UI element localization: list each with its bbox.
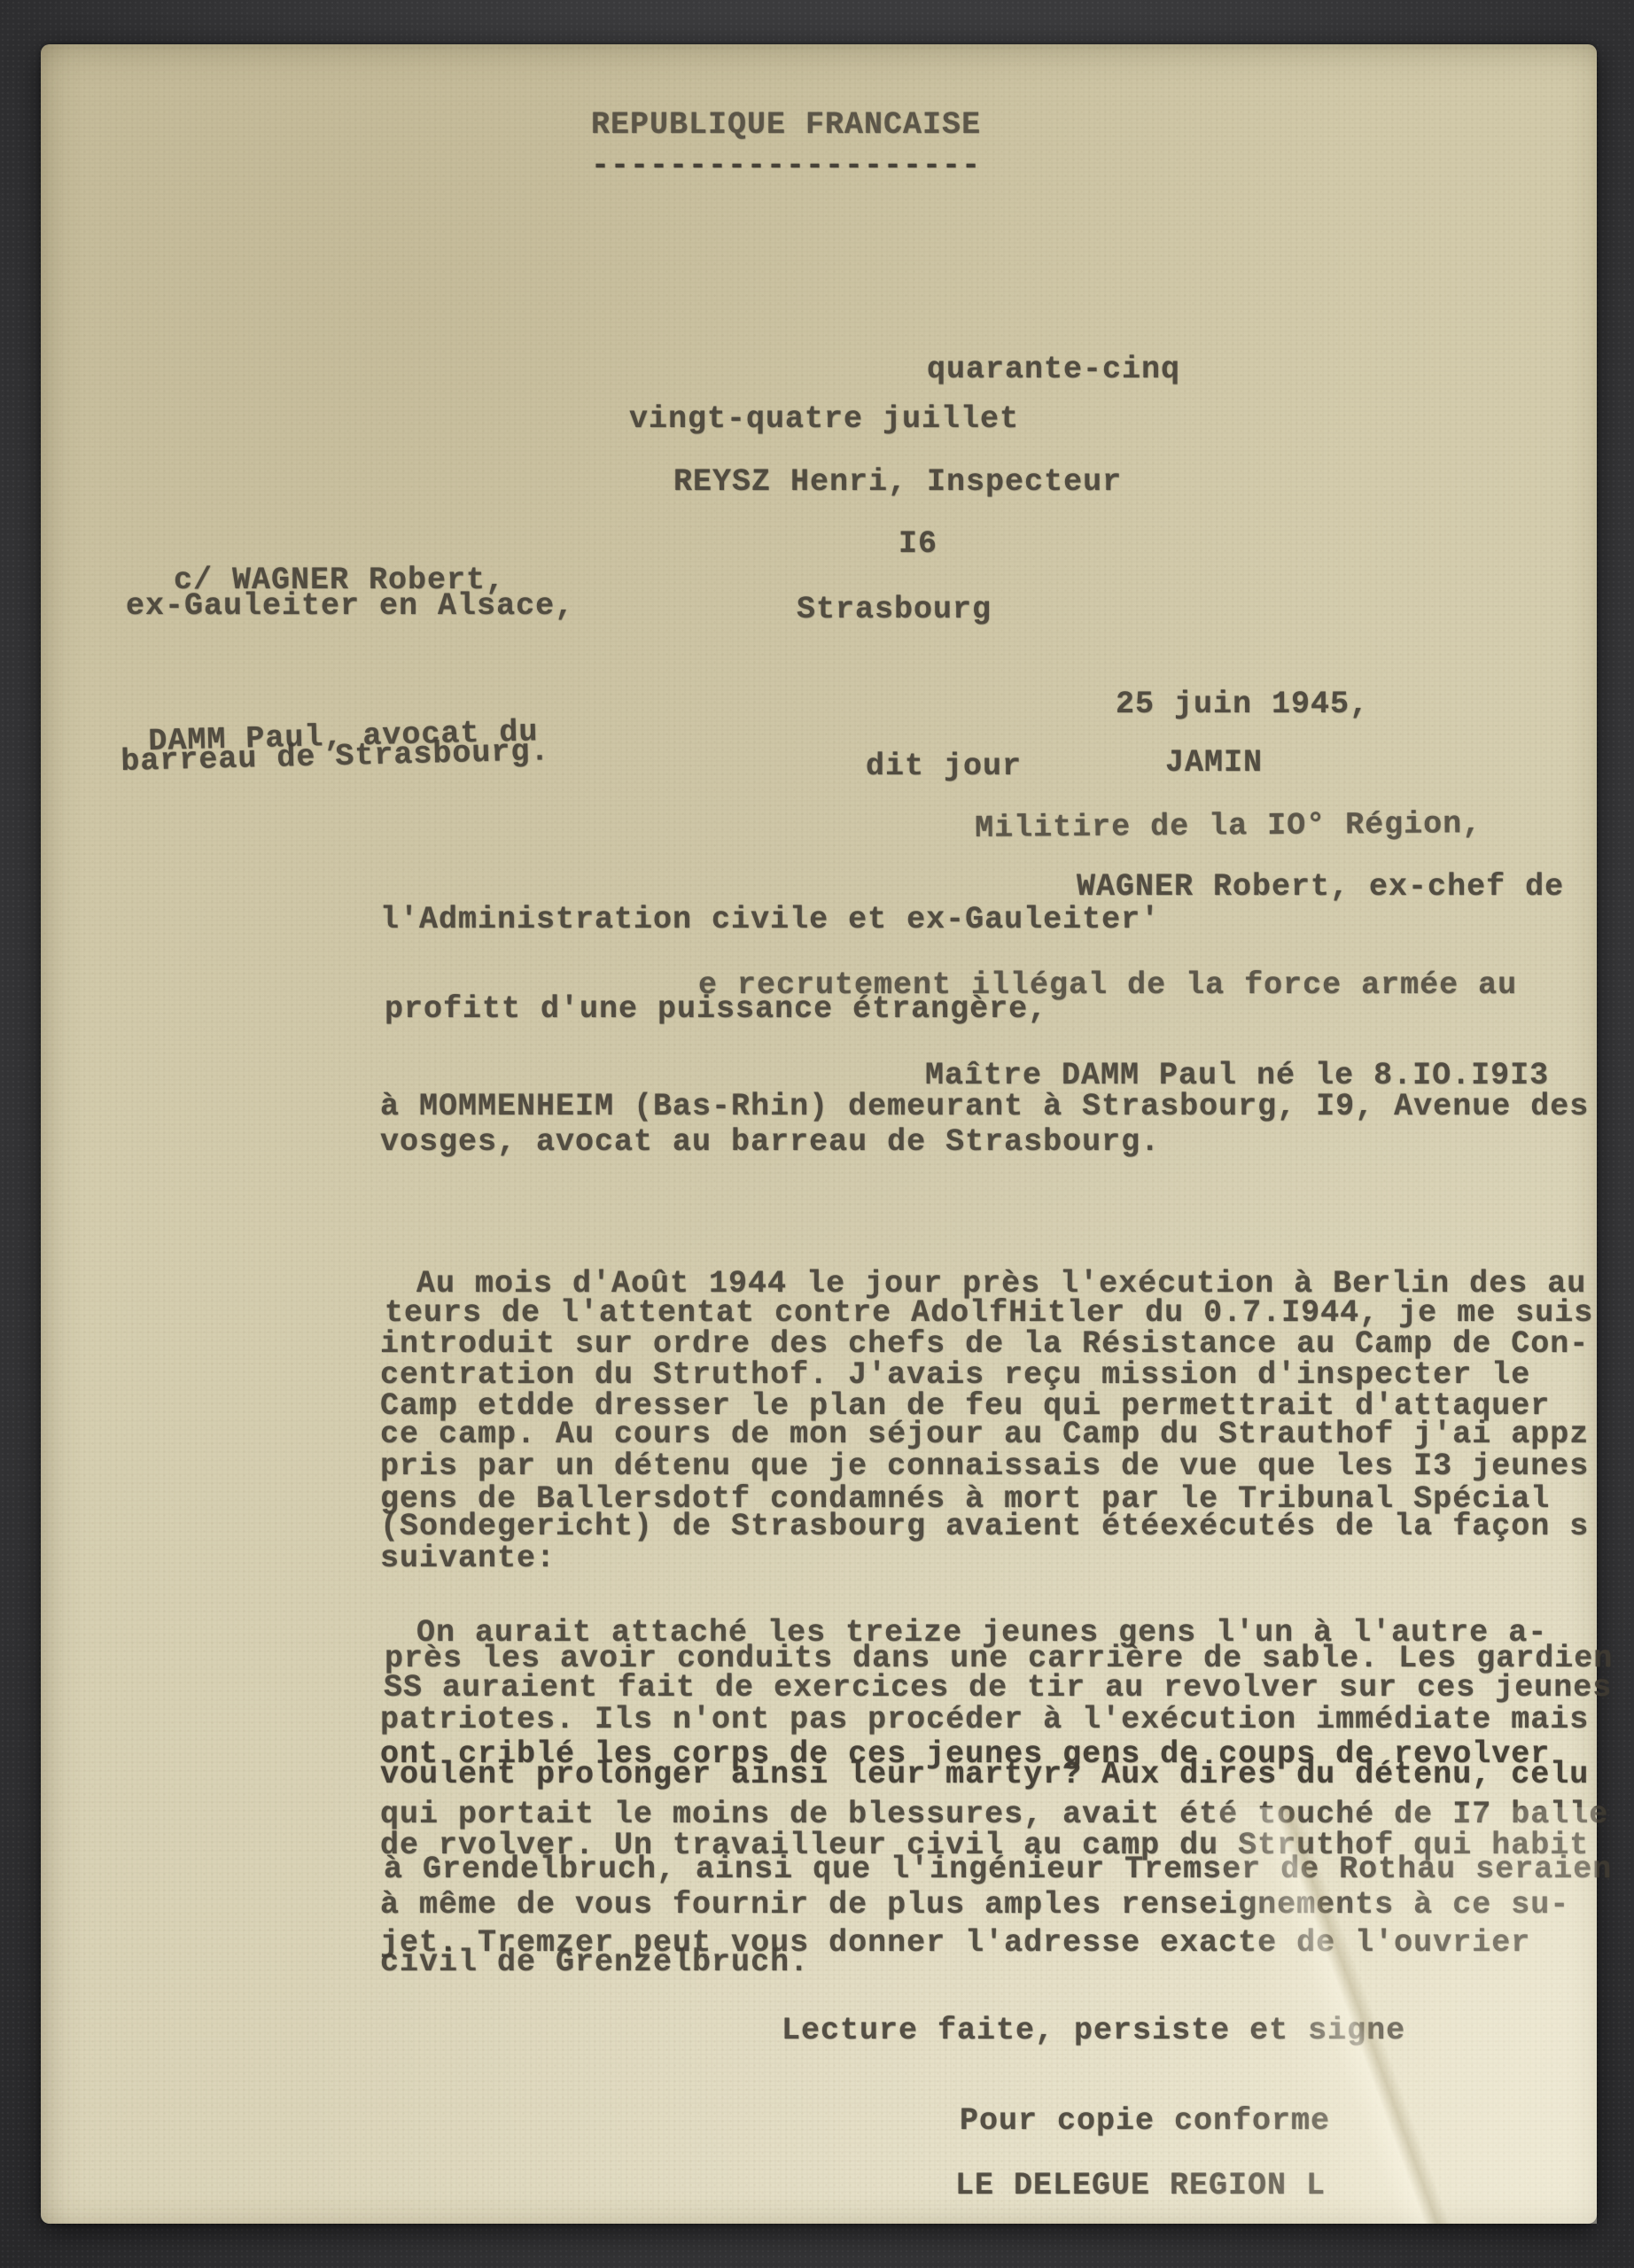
deposition-line: pris par un détenu que je connaissais de…	[380, 1451, 1589, 1482]
deposition-line: à même de vous fournir de plus amples re…	[380, 1890, 1569, 1921]
military-region-line: Militire de la IO° Région,	[975, 809, 1482, 844]
charge-line-4: profitt d'une puissance étrangère,	[385, 994, 1047, 1025]
date-line: 25 juin 1945,	[1116, 689, 1369, 720]
identity-line-3: vosges, avocat au barreau de Strasbourg.	[380, 1127, 1160, 1158]
deposition-line: teurs de l'attentat contre AdolfHitler d…	[385, 1298, 1593, 1329]
witness-title-line: barreau de Strasbourg.	[121, 736, 550, 778]
identity-line-1: Maître DAMM Paul né le 8.IO.I9I3	[925, 1060, 1549, 1091]
deposition-line: patriotes. Ils n'ont pas procéder à l'ex…	[380, 1705, 1589, 1736]
amount-in-words-line: quarante-cinq	[927, 354, 1180, 385]
dit-jour-line: dit jour	[866, 751, 1022, 782]
deposition-line: centration du Struthof. J'avais reçu mis…	[380, 1360, 1530, 1391]
deposition-line: SS auraient fait de exercices de tir au …	[384, 1673, 1612, 1704]
delegate-title-line: LE DELEGUE REGION L	[955, 2171, 1326, 2202]
deposition-line: civil de Grenzelbruch.	[380, 1947, 809, 1978]
charge-line-1: WAGNER Robert, ex-chef de	[1077, 872, 1564, 903]
letterhead-title: REPUBLIQUE FRANCAISE	[591, 110, 981, 141]
deposition-line: qui portait le moins de blessures, avait…	[380, 1799, 1608, 1830]
closing-formula: Lecture faite, persiste et signe	[782, 2016, 1405, 2047]
typewritten-text-layer: REPUBLIQUE FRANCAISE -------------------…	[41, 44, 1597, 2224]
deposition-line: à Grendelbruch, ainsi que l'ingénieur Tr…	[384, 1854, 1612, 1885]
deposition-line: voulent prolonger ainsi leur martyr? Aux…	[380, 1759, 1589, 1790]
identity-line-2: à MOMMENHEIM (Bas-Rhin) demeurant à Stra…	[380, 1091, 1589, 1122]
accused-title-line: ex-Gauleiter en Alsace,	[126, 591, 574, 622]
judge-name: JAMIN	[1165, 748, 1263, 779]
document-paper: REPUBLIQUE FRANCAISE -------------------…	[41, 44, 1597, 2224]
city-line: Strasbourg	[797, 594, 992, 625]
letterhead-rule: --------------------	[591, 151, 981, 182]
date-in-words-line: vingt-quatre juillet	[629, 404, 1019, 435]
inspector-line: REYSZ Henri, Inspecteur	[673, 467, 1122, 498]
deposition-line: (Sondegericht) de Strasbourg avaient été…	[380, 1511, 1589, 1542]
charge-line-2: l'Administration civile et ex-Gauleiter'	[380, 905, 1160, 936]
case-number: I6	[899, 529, 938, 560]
deposition-line: suivante:	[380, 1543, 556, 1574]
deposition-line: introduit sur ordre des chefs de la Rési…	[380, 1329, 1589, 1360]
copy-conforme-line: Pour copie conforme	[960, 2106, 1330, 2137]
deposition-line: ce camp. Au cours de mon séjour au Camp …	[380, 1419, 1589, 1450]
